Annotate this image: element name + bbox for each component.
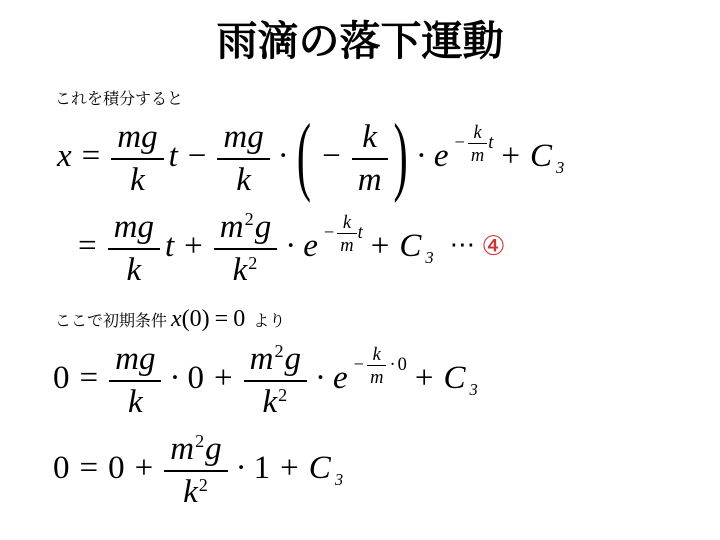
var-g: g <box>255 209 272 245</box>
fraction-m2g-k2: m2gk2 <box>164 431 227 511</box>
op-cdot: · <box>169 362 180 395</box>
var-C: C <box>530 140 552 173</box>
var-x: x <box>171 306 182 332</box>
var-e: e <box>434 140 449 173</box>
fraction-mg-k: mgk <box>217 119 269 199</box>
op-cdot: · <box>315 362 326 395</box>
equation-1: x=mgkt−mgk·(−km)·e−kmt+C3 <box>55 119 564 199</box>
slide: 雨滴の落下運動 これを積分すると x=mgkt−mgk·(−km)·e−kmt+… <box>0 0 720 540</box>
subscript-3: 3 <box>469 380 477 399</box>
fraction-k-m: km <box>352 119 388 199</box>
var-e: e <box>333 362 348 395</box>
denominator: k2 <box>164 472 227 510</box>
op-minus: − <box>324 223 334 241</box>
op-cdot: · <box>236 452 247 485</box>
equation-3: 0=mgk·0+m2gk2·e−km·0+C3 <box>51 341 478 421</box>
right-paren: ) <box>202 306 210 332</box>
var-C: C <box>309 452 331 485</box>
op-cdot: · <box>416 140 427 173</box>
numerator: k <box>367 344 386 366</box>
var-g: g <box>205 431 222 467</box>
numerator: m2g <box>164 431 227 472</box>
var-C: C <box>443 362 465 395</box>
subscript-3: 3 <box>556 158 564 177</box>
numerator: m2g <box>244 341 307 382</box>
fraction-k-m: km <box>367 344 386 388</box>
op-cdot: · <box>389 355 395 373</box>
slide-title: 雨滴の落下運動 <box>0 8 720 67</box>
fraction-mg-k: mgk <box>111 119 163 199</box>
inline-math-x0: x(0)=0 <box>171 306 245 332</box>
equation-4: 0=0+m2gk2·1+C3 <box>51 431 343 511</box>
superscript-2: 2 <box>195 431 204 451</box>
equation-label-circle-4: ④ <box>481 233 505 260</box>
op-cdot: · <box>285 230 296 263</box>
op-equals: = <box>82 140 101 173</box>
op-equals: = <box>80 452 99 485</box>
fraction-m2g-k2: m2gk2 <box>214 209 277 289</box>
superscript-2: 2 <box>274 341 283 361</box>
op-cdot: · <box>278 140 289 173</box>
fraction-m2g-k2: m2gk2 <box>244 341 307 421</box>
superscript-2: 2 <box>199 475 208 495</box>
numerator: k <box>468 122 487 144</box>
right-paren: ) <box>394 115 408 203</box>
left-paren: ( <box>182 306 190 332</box>
value-zero: 0 <box>187 362 204 395</box>
var-t: t <box>165 230 174 263</box>
op-equals: = <box>78 230 97 263</box>
subscript-3: 3 <box>335 470 343 489</box>
op-minus: − <box>354 355 364 373</box>
exponent-neg-k-over-m-t: −kmt <box>452 122 493 166</box>
numerator: mg <box>109 341 161 382</box>
var-t: t <box>358 222 363 242</box>
caption-initial-condition: ここで初期条件x(0)=0より <box>55 306 285 333</box>
numerator: mg <box>217 119 269 160</box>
fraction-mg-k: mgk <box>109 341 161 421</box>
op-minus: − <box>322 140 341 173</box>
left-paren: ( <box>297 115 311 203</box>
value-zero: 0 <box>233 306 245 332</box>
op-equals: = <box>80 362 99 395</box>
subscript-3: 3 <box>425 248 433 267</box>
caption-initial-suffix: より <box>253 308 285 331</box>
var-m: m <box>220 209 244 245</box>
var-m: m <box>250 341 274 377</box>
denominator: k <box>111 160 163 198</box>
value-one: 1 <box>254 452 271 485</box>
superscript-2: 2 <box>245 209 254 229</box>
op-plus: + <box>214 362 233 395</box>
op-plus: + <box>371 230 390 263</box>
denominator: m <box>352 160 388 198</box>
denominator: k <box>217 160 269 198</box>
denominator: k <box>108 250 160 288</box>
denominator: k <box>109 382 161 420</box>
value-zero: 0 <box>108 452 125 485</box>
op-minus: − <box>454 133 464 151</box>
exponent-neg-k-over-m-t: −kmt <box>322 212 363 256</box>
var-C: C <box>399 230 421 263</box>
fraction-k-m: km <box>337 212 356 256</box>
equation-2: =mgkt+m2gk2·e−kmt+C3⋯④ <box>70 209 506 289</box>
numerator: k <box>352 119 388 160</box>
ellipsis: ⋯ <box>450 232 476 258</box>
value-zero: 0 <box>190 306 202 332</box>
superscript-2: 2 <box>248 253 257 273</box>
var-t: t <box>488 132 493 152</box>
numerator: mg <box>111 119 163 160</box>
var-e: e <box>303 230 318 263</box>
numerator: m2g <box>214 209 277 250</box>
value-zero: 0 <box>398 354 407 374</box>
op-equals: = <box>215 306 229 333</box>
value-zero: 0 <box>53 452 70 485</box>
denominator: k2 <box>214 250 277 288</box>
var-k: k <box>183 474 198 510</box>
var-m: m <box>170 431 194 467</box>
denominator: m <box>468 144 487 165</box>
var-k: k <box>262 384 277 420</box>
var-t: t <box>169 140 178 173</box>
op-plus: + <box>501 140 520 173</box>
superscript-2: 2 <box>278 385 287 405</box>
op-plus: + <box>135 452 154 485</box>
var-k: k <box>233 252 248 288</box>
op-plus: + <box>280 452 299 485</box>
numerator: mg <box>108 209 160 250</box>
op-plus: + <box>184 230 203 263</box>
denominator: m <box>337 234 356 255</box>
caption-initial-prefix: ここで初期条件 <box>55 308 167 331</box>
op-plus: + <box>415 362 434 395</box>
op-minus: − <box>188 140 207 173</box>
fraction-k-m: km <box>468 122 487 166</box>
numerator: k <box>337 212 356 234</box>
exponent-neg-k-over-m-times-0: −km·0 <box>352 344 407 388</box>
denominator: k2 <box>244 382 307 420</box>
fraction-mg-k: mgk <box>108 209 160 289</box>
denominator: m <box>367 366 386 387</box>
var-g: g <box>285 341 302 377</box>
var-x: x <box>57 140 72 173</box>
value-zero: 0 <box>53 362 70 395</box>
caption-integrate: これを積分すると <box>55 86 183 109</box>
